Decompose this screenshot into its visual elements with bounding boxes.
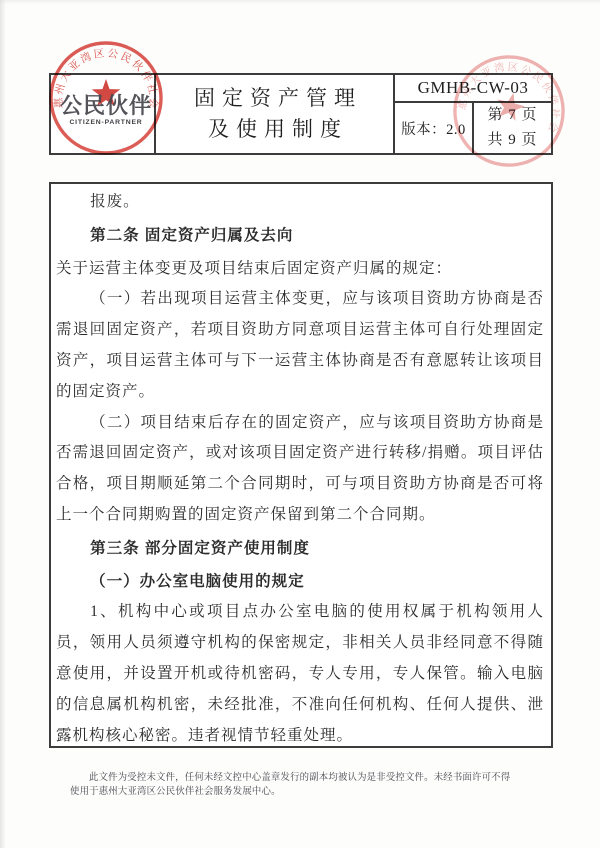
seal-logo-subtext: CITIZEN-PARTNER [46, 119, 166, 126]
policy-body: 报废。 第二条 固定资产归属及去向 关于运营主体变更及项目结束后固定资产归属的规… [49, 182, 553, 748]
control-notice-line2: 使用于惠州大亚湾区公民伙伴社会服务发展中心。 [70, 786, 530, 800]
policy-paragraph: 关于运营主体变更及项目结束后固定资产归属的规定： [56, 254, 544, 285]
star-icon [493, 89, 527, 122]
seal-logo-text: 公民伙伴 [42, 95, 170, 117]
section-heading-3: 第三条 部分固定资产使用制度 [56, 534, 544, 565]
control-notice-line1: 此文件为受控未文件，任何未经文控中心盖章发行的副本均被认为是非受控文件。未经书面… [70, 772, 530, 786]
policy-paragraph: 报废。 [56, 187, 544, 218]
seal-graphic-faint: 惠州大亚湾区公民伙伴社会服务发展中心 [437, 39, 580, 182]
subsection-heading: （一）办公室电脑使用的规定 [56, 567, 544, 598]
company-seal-stamp-faint: 惠州大亚湾区公民伙伴社会服务发展中心 [437, 39, 580, 182]
control-notice: 此文件为受控未文件，任何未经文控中心盖章发行的副本均被认为是非受控文件。未经书面… [70, 772, 530, 799]
document-title-line2: 及使用制度 [201, 114, 348, 145]
document-page: 固定资产管理 及使用制度 GMHB-CW-03 版本：2.0 第 7 页 共 9… [0, 0, 600, 848]
scan-edge-left [0, 0, 6, 848]
policy-paragraph: 1、机构中心或项目点办公室电脑的使用权属于机构领用人员，领用人员须遵守机构的保密… [56, 597, 544, 748]
policy-paragraph: （一）若出现项目运营主体变更，应与该项目资助方协商是否需退回固定资产，若项目资助… [56, 284, 544, 407]
policy-paragraph: （二）项目结束后存在的固定资产，应与该项目资助方协商是否需退回固定资产，或对该项… [56, 408, 544, 531]
company-seal-stamp: 惠州大亚湾区公民伙伴社会服务发展中心 公民伙伴 CITIZEN-PARTNER [46, 38, 166, 158]
section-heading-2: 第二条 固定资产归属及去向 [56, 221, 544, 252]
document-title: 固定资产管理 及使用制度 [154, 75, 395, 153]
scan-edge-top [0, 0, 600, 4]
document-title-line1: 固定资产管理 [187, 83, 362, 114]
